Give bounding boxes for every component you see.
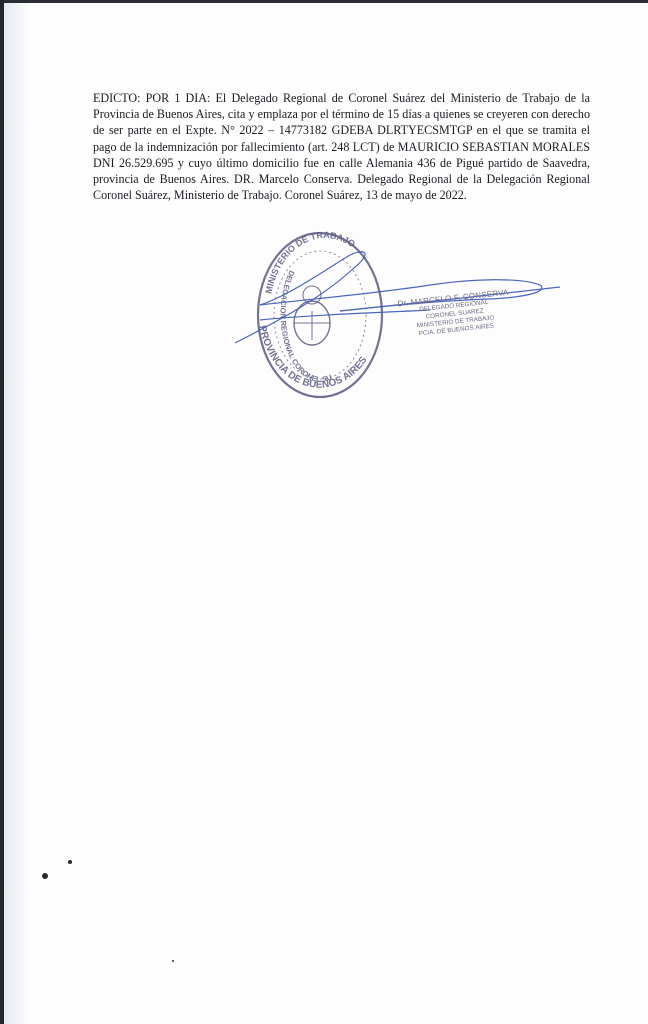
scan-border-top [0,0,648,3]
scan-speck [68,860,72,864]
stamp-bottom-text: PROVINCIA DE BUENOS AIRES [256,325,369,391]
scan-speck [172,960,174,962]
edict-paragraph: EDICTO: POR 1 DIA: El Delegado Regional … [93,90,590,203]
scan-edge-shadow [4,3,30,1024]
scan-speck [42,873,48,879]
